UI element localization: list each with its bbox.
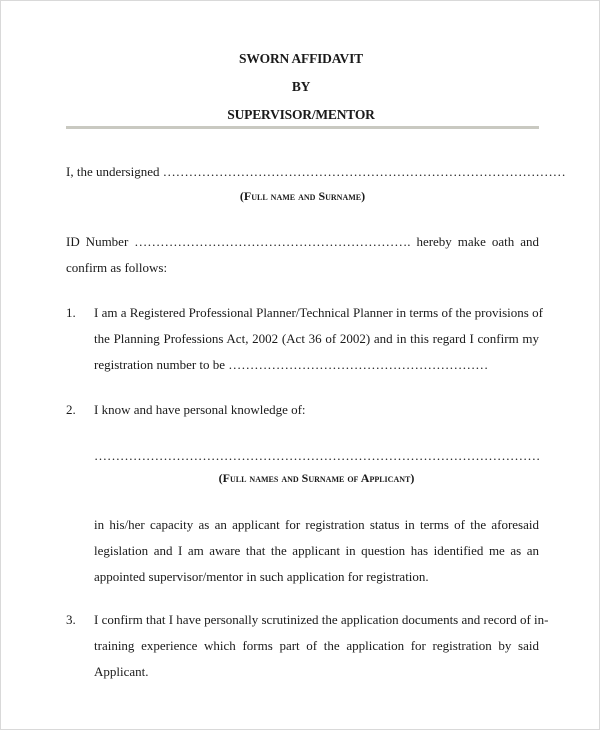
title-line-3: SUPERVISOR/MENTOR xyxy=(1,101,600,129)
document-title: SWORN AFFIDAVIT BY SUPERVISOR/MENTOR xyxy=(1,45,600,129)
item-1-line-3: registration number to be ……………………………………… xyxy=(94,352,539,378)
item-1-line-2: the Planning Professions Act, 2002 (Act … xyxy=(94,326,539,352)
item-2-text: I know and have personal knowledge of: xyxy=(94,397,539,423)
item-3-number: 3. xyxy=(66,607,76,633)
item-2-cont-line-1: in his/her capacity as an applicant for … xyxy=(94,512,539,538)
item-1-number: 1. xyxy=(66,300,76,326)
item-3-line-2: training experience which forms part of … xyxy=(94,633,539,659)
title-line-1: SWORN AFFIDAVIT xyxy=(1,45,600,73)
id-number-line: ID Number ………………………………………………………. hereby … xyxy=(66,230,539,254)
item-2-continuation: in his/her capacity as an applicant for … xyxy=(94,512,539,590)
item-1-text: I am a Registered Professional Planner/T… xyxy=(94,300,539,378)
item-3-line-3: Applicant. xyxy=(94,659,539,685)
item-2-cont-line-3: appointed supervisor/mentor in such appl… xyxy=(94,564,539,590)
document-page: SWORN AFFIDAVIT BY SUPERVISOR/MENTOR I, … xyxy=(0,0,600,730)
item-1-line-1: I am a Registered Professional Planner/T… xyxy=(94,300,539,326)
item-3-text: I confirm that I have personally scrutin… xyxy=(94,607,539,685)
full-name-caption: (Full name and Surname) xyxy=(66,184,539,208)
title-divider xyxy=(66,126,539,129)
item-2-cont-line-2: legislation and I am aware that the appl… xyxy=(94,538,539,564)
item-2-line-1: I know and have personal knowledge of: xyxy=(94,397,539,423)
item-2-number: 2. xyxy=(66,397,76,423)
title-line-2: BY xyxy=(1,73,600,101)
applicant-name-caption: (Full names and Surname of Applicant) xyxy=(94,465,539,491)
item-3-line-1: I confirm that I have personally scrutin… xyxy=(94,607,539,633)
confirm-line: confirm as follows: xyxy=(66,256,539,280)
undersigned-line: I, the undersigned ………………………………………………………… xyxy=(66,160,539,184)
